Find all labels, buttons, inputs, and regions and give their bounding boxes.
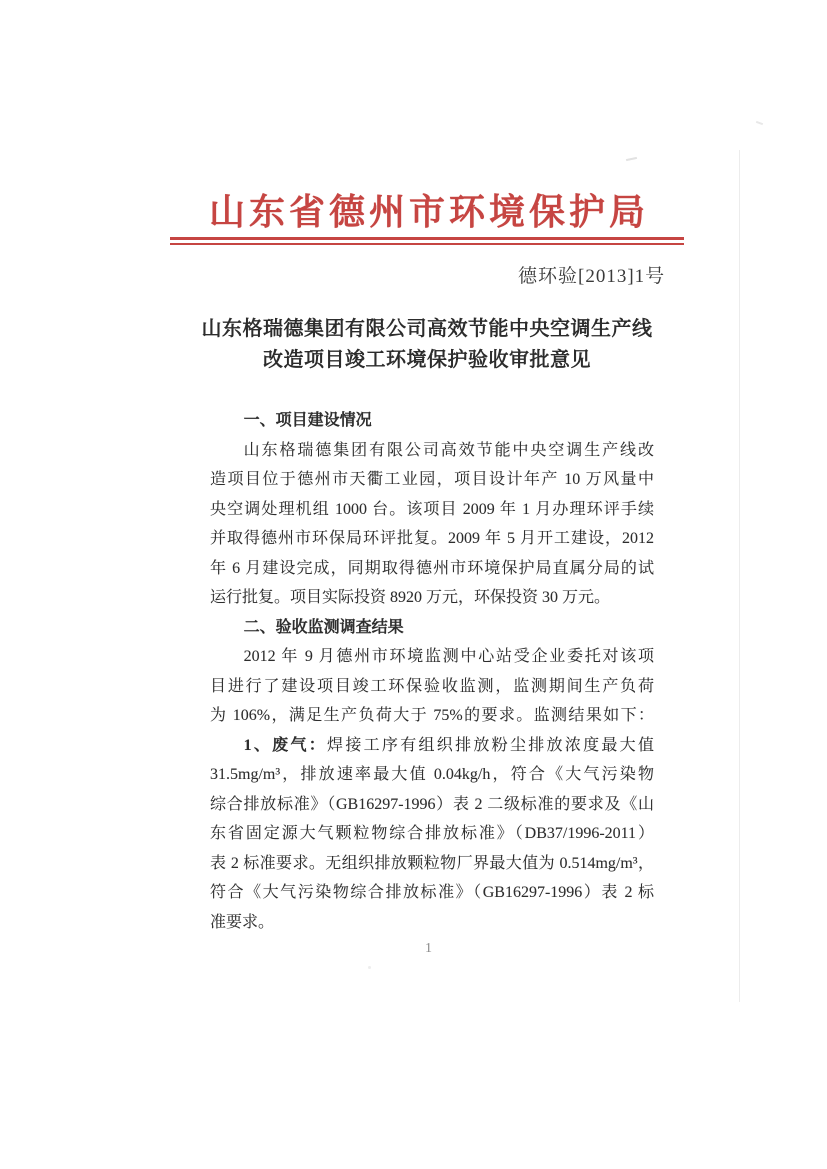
agency-name: 山东省德州市环境保护局	[170, 191, 684, 234]
section-2-heading: 二、验收监测调查结果	[210, 613, 654, 643]
document-title: 山东格瑞德集团有限公司高效节能中央空调生产线 改造项目竣工环境保护验收审批意见	[174, 314, 680, 376]
letterhead-separator	[170, 237, 684, 245]
body-line: 并取得德州市环保局环评批复。2009 年 5 月开工建设，2012	[210, 524, 654, 554]
body-line-text: 焊接工序有组织排放粉尘排放浓度最大值	[327, 737, 654, 754]
body-line: 央空调处理机组 1000 台。该项目 2009 年 1 月办理环评手续	[210, 495, 654, 525]
subsection-1-label: 1、废气：	[244, 737, 327, 754]
document-title-line-1: 山东格瑞德集团有限公司高效节能中央空调生产线	[174, 314, 680, 345]
body-line: 符合《大气污染物综合排放标准》（GB16297-1996）表 2 标	[210, 878, 654, 908]
scan-edge-line	[739, 150, 740, 1002]
body-line: 1、废气：焊接工序有组织排放粉尘排放浓度最大值	[210, 731, 654, 761]
body-line: 运行批复。项目实际投资 8920 万元，环保投资 30 万元。	[210, 583, 654, 613]
body-line: 造项目位于德州市天衢工业园，项目设计年产 10 万风量中	[210, 465, 654, 495]
body-line: 表 2 标准要求。无组织排放颗粒物厂界最大值为 0.514mg/m³，	[210, 849, 654, 879]
body-line: 为 106%，满足生产负荷大于 75%的要求。监测结果如下：	[210, 701, 654, 731]
document-title-line-2: 改造项目竣工环境保护验收审批意见	[174, 345, 680, 376]
document-body: 一、项目建设情况 山东格瑞德集团有限公司高效节能中央空调生产线改 造项目位于德州…	[210, 406, 654, 937]
body-line: 2012 年 9 月德州市环境监测中心站受企业委托对该项	[210, 642, 654, 672]
scan-speck	[368, 966, 371, 969]
body-line: 年 6 月建设完成，同期取得德州市环境保护局直属分局的试	[210, 554, 654, 584]
body-line: 山东格瑞德集团有限公司高效节能中央空调生产线改	[210, 436, 654, 466]
scan-speck	[756, 121, 763, 125]
body-line: 31.5mg/m³，排放速率最大值 0.04kg/h，符合《大气污染物	[210, 760, 654, 790]
scan-speck	[626, 157, 637, 161]
body-line: 准要求。	[210, 908, 654, 938]
document-number: 德环验[2013]1号	[518, 261, 665, 288]
body-line: 综合排放标准》（GB16297-1996）表 2 二级标准的要求及《山	[210, 790, 654, 820]
separator-thin-line	[170, 243, 684, 245]
section-1-heading: 一、项目建设情况	[210, 406, 654, 436]
body-line: 目进行了建设项目竣工环保验收监测，监测期间生产负荷	[210, 672, 654, 702]
separator-thick-line	[170, 237, 684, 240]
body-line: 东省固定源大气颗粒物综合排放标准》（DB37/1996-2011）	[210, 819, 654, 849]
letterhead: 山东省德州市环境保护局	[170, 191, 684, 245]
page-number: 1	[425, 941, 432, 957]
scanned-document-page: 山东省德州市环境保护局 德环验[2013]1号 山东格瑞德集团有限公司高效节能中…	[0, 0, 827, 1169]
